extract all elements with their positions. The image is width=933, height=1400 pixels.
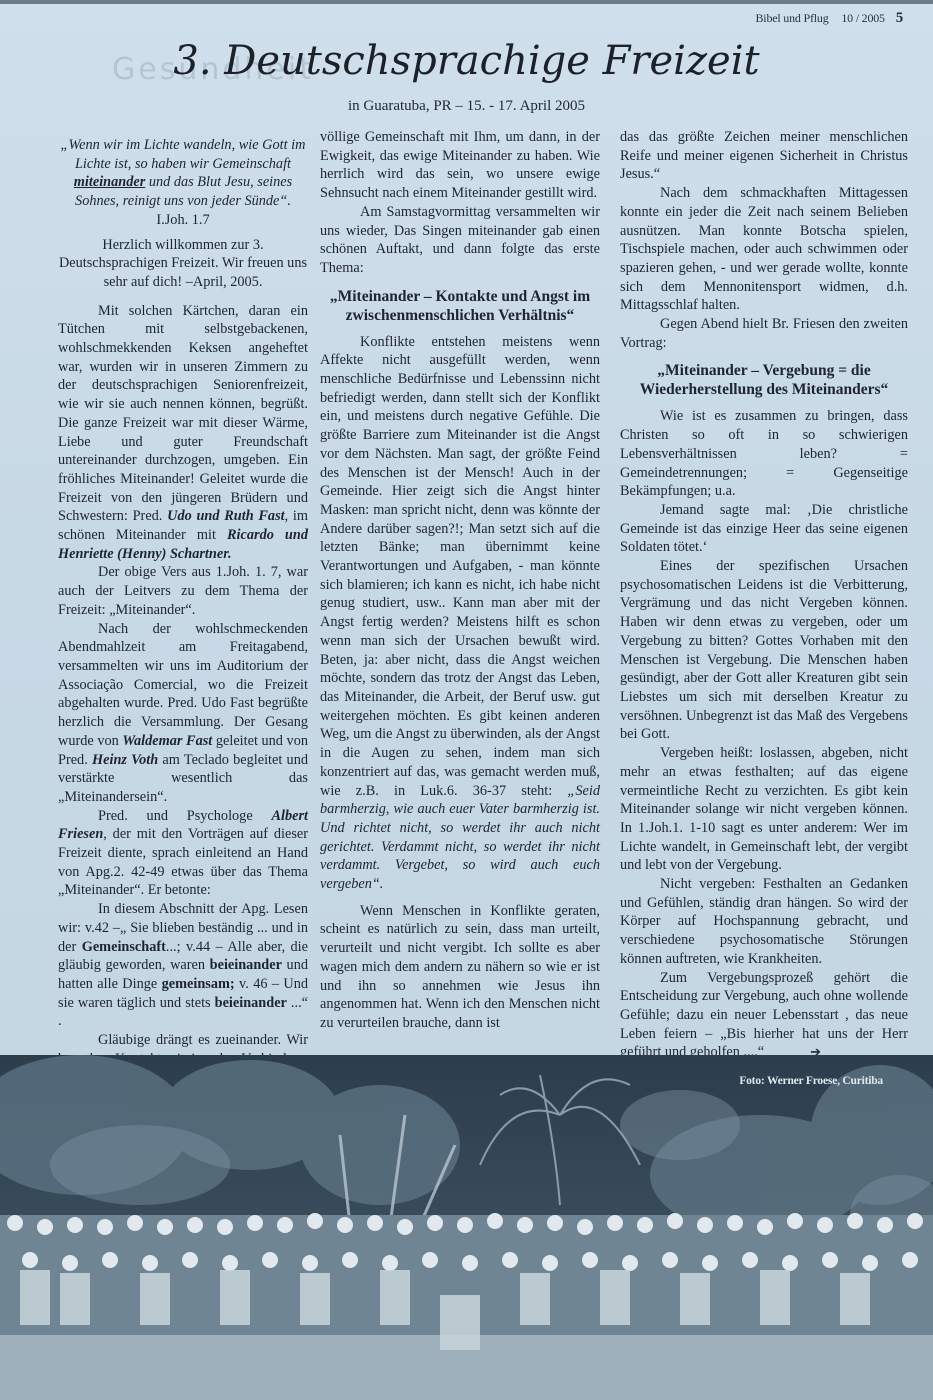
paragraph: völlige Gemeinschaft mit Ihm, um dann, i…	[320, 128, 600, 203]
paragraph: Pred. und Psychologe Albert Friesen, der…	[58, 807, 308, 901]
column-1: „Wenn wir im Lichte wandeln, wie Gott im…	[58, 130, 308, 1162]
section-heading-2: „Miteinander – Vergebung = die Wiederher…	[620, 361, 908, 399]
paragraph: Nicht vergeben: Festhalten an Gedanken u…	[620, 875, 908, 969]
epigraph-emphasis: miteinander	[74, 174, 146, 190]
page-number: 5	[896, 10, 903, 26]
paragraph: Mit solchen Kärtchen, daran ein Tütchen …	[58, 302, 308, 564]
page-top-edge	[0, 0, 933, 4]
photo-credit: Foto: Werner Froese, Curitiba	[739, 1075, 883, 1087]
paragraph: Vergeben heißt: loslassen, abgeben, nich…	[620, 744, 908, 875]
publication-name: Bibel und Pflug	[756, 11, 829, 25]
paragraph: Eines der spezifischen Ursachen psychoso…	[620, 557, 908, 744]
section-heading-1: „Miteinander – Kontakte und Angst im zwi…	[320, 287, 600, 325]
paragraph: Zum Vergebungsprozeß gehört die Entschei…	[620, 969, 908, 1063]
column-2: völlige Gemeinschaft mit Ihm, um dann, i…	[320, 128, 600, 1033]
paragraph: Am Samstagvormittag versammelten wir uns…	[320, 203, 600, 278]
article-title: 3. Deutschsprachige Freizeit	[0, 38, 933, 84]
article-subtitle: in Guaratuba, PR – 15. - 17. April 2005	[0, 98, 933, 115]
group-photo-illustration	[0, 1055, 933, 1400]
group-photo: Foto: Werner Froese, Curitiba	[0, 1055, 933, 1400]
epigraph-quote: „Wenn wir im Lichte wandeln, wie Gott im…	[58, 136, 308, 230]
issue-number: 10 / 2005	[841, 11, 885, 25]
paragraph: Wenn Menschen in Konflikte geraten, sche…	[320, 902, 600, 1033]
paragraph: Gegen Abend hielt Br. Friesen den zweite…	[620, 315, 908, 352]
paragraph: Jemand sagte mal: ‚Die christliche Gemei…	[620, 501, 908, 557]
paragraph: Konflikte entstehen meistens wenn Affekt…	[320, 333, 600, 894]
paragraph: Nach dem schmackhaften Mittagessen konnt…	[620, 184, 908, 315]
epigraph-reference: I.Joh. 1.7	[58, 211, 308, 230]
paragraph: Nach der wohlschmeckenden Abendmahlzeit …	[58, 620, 308, 807]
column-3: das das größte Zeichen meiner menschlich…	[620, 128, 908, 1062]
running-head: Bibel und Pflug 10 / 2005 5	[756, 10, 904, 27]
paragraph: Der obige Vers aus 1.Joh. 1. 7, war auch…	[58, 563, 308, 619]
magazine-page: Gesundheit Bibel und Pflug 10 / 2005 5 3…	[0, 0, 933, 1400]
paragraph: In diesem Abschnitt der Apg. Lesen wir: …	[58, 900, 308, 1031]
welcome-card-text: Herzlich willkommen zur 3. Deutschsprach…	[58, 236, 308, 292]
paragraph: das das größte Zeichen meiner menschlich…	[620, 128, 908, 184]
paragraph: Wie ist es zusammen zu bringen, dass Chr…	[620, 407, 908, 501]
